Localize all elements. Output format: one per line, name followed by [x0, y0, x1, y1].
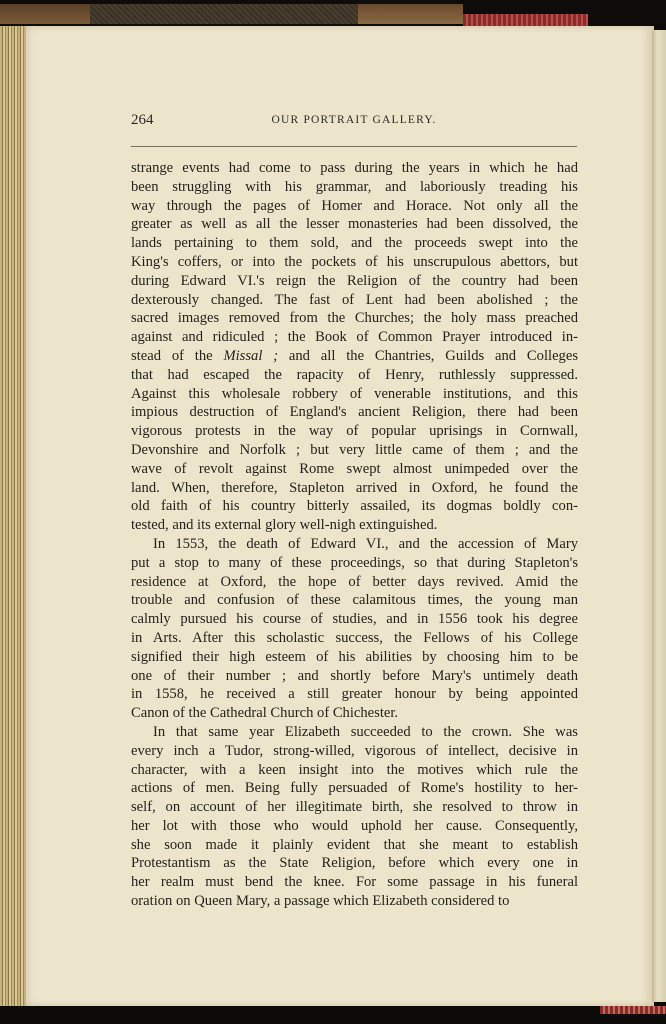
text-line: way through the pages of Homer and Horac… — [131, 197, 578, 216]
italic-term: Missal ; — [223, 348, 278, 364]
text-line: Against this wholesale robbery of venera… — [131, 385, 578, 404]
text-line: greater as well as all the lesser monast… — [131, 215, 578, 234]
paragraph: In 1553, the death of Edward VI., and th… — [131, 535, 578, 723]
text-line: self, on account of her illegitimate bir… — [131, 798, 578, 817]
text-line: oration on Queen Mary, a passage which E… — [131, 892, 578, 911]
text-line: tested, and its external glory well-nigh… — [131, 516, 578, 535]
text-line: been struggling with his grammar, and la… — [131, 178, 578, 197]
text-line: her realm must bend the knee. For some p… — [131, 873, 578, 892]
header-rule — [131, 146, 577, 147]
text-line: during Edward VI.'s reign the Religion o… — [131, 272, 578, 291]
text-line: vigorous protests in the way of popular … — [131, 422, 578, 441]
text-line: trouble and confusion of these calamitou… — [131, 591, 578, 610]
text-line: lands pertaining to them sold, and the p… — [131, 234, 578, 253]
text-line: Protestantism as the State Religion, bef… — [131, 854, 578, 873]
text-line: in Arts. After this scholastic success, … — [131, 629, 578, 648]
text-line: one of their number ; and shortly before… — [131, 667, 578, 686]
running-title: OUR PORTRAIT GALLERY. — [131, 114, 577, 126]
text-line: impious destruction of England's ancient… — [131, 403, 578, 422]
text-line: calmly pursued his course of studies, an… — [131, 610, 578, 629]
text-line: she soon made it plainly evident that sh… — [131, 836, 578, 855]
cover-leather-band — [0, 4, 90, 24]
text-line: In 1553, the death of Edward VI., and th… — [131, 535, 578, 554]
text-line: In that same year Elizabeth succeeded to… — [131, 723, 578, 742]
paragraph: strange events had come to pass during t… — [131, 159, 578, 535]
text-line: wave of revolt against Rome swept almost… — [131, 460, 578, 479]
book-cover-bottom — [0, 1006, 666, 1024]
text-line: stead of the Missal ; and all the Chantr… — [131, 347, 578, 366]
text-line: her lot with those who would uphold her … — [131, 817, 578, 836]
page-stack-left — [0, 26, 28, 1006]
text-line: dexterously changed. The fast of Lent ha… — [131, 291, 578, 310]
paragraph: In that same year Elizabeth succeeded to… — [131, 723, 578, 911]
cover-cloth-band — [90, 4, 358, 24]
text-line: old faith of his country bitterly assail… — [131, 497, 578, 516]
text-line: Devonshire and Norfolk ; but very little… — [131, 441, 578, 460]
text-line: against and ridiculed ; the Book of Comm… — [131, 328, 578, 347]
text-line: land. When, therefore, Stapleton arrived… — [131, 479, 578, 498]
body-text: strange events had come to pass during t… — [131, 159, 578, 911]
text-line: put a stop to many of these proceedings,… — [131, 554, 578, 573]
running-head: 264 OUR PORTRAIT GALLERY. — [131, 112, 577, 132]
page-edge-red — [600, 1006, 666, 1014]
text-line: character, with a keen insight into the … — [131, 761, 578, 780]
text-line: that had escaped the rapacity of Henry, … — [131, 366, 578, 385]
text-line: strange events had come to pass during t… — [131, 159, 578, 178]
book-cover-top — [0, 0, 666, 26]
page-stack-right — [652, 30, 666, 1002]
text-line: residence at Oxford, the hope of better … — [131, 573, 578, 592]
cover-leather-band — [358, 4, 463, 24]
text-line: Canon of the Cathedral Church of Chiches… — [131, 704, 578, 723]
text-line: every inch a Tudor, strong-willed, vigor… — [131, 742, 578, 761]
text-line: in 1558, he received a still greater hon… — [131, 685, 578, 704]
text-line: sacred images removed from the Churches;… — [131, 309, 578, 328]
text-line: King's coffers, or into the pockets of h… — [131, 253, 578, 272]
text-line: actions of men. Being fully persuaded of… — [131, 779, 578, 798]
page-edge-red — [463, 14, 588, 26]
text-line: signified their high esteem of his abili… — [131, 648, 578, 667]
